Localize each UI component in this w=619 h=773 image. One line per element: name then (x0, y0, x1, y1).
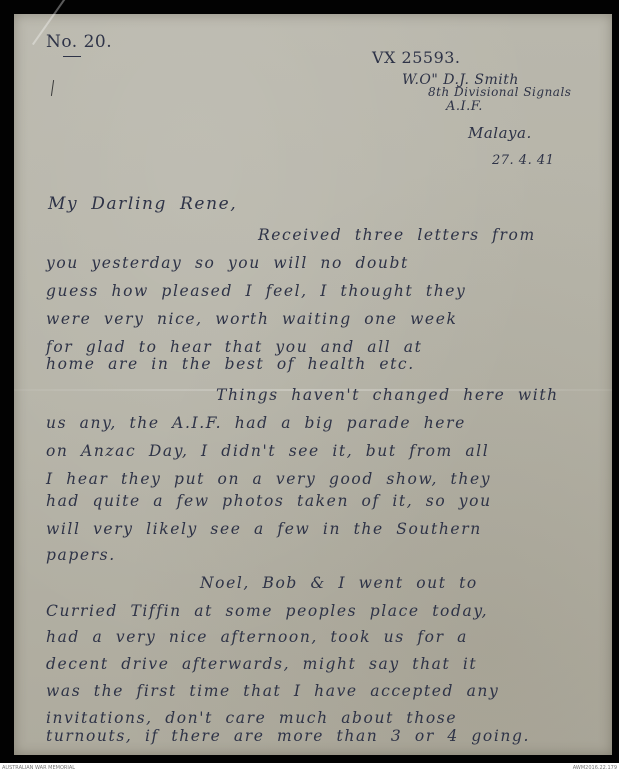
letter-line: on Anzac Day, I didn't see it, but from … (46, 442, 489, 460)
letter-line: Noel, Bob & I went out to (200, 574, 478, 592)
letter-line: Received three letters from (258, 226, 536, 244)
letter-line: were very nice, worth waiting one week (46, 310, 457, 328)
letter-date: 27. 4. 41 (492, 153, 554, 168)
letter-line: was the first time that I have accepted … (46, 682, 499, 700)
letter-line: for glad to hear that you and all at (46, 338, 422, 356)
letter-line: turnouts, if there are more than 3 or 4 … (46, 727, 530, 745)
archive-footer: AUSTRALIAN WAR MEMORIAL AWM2016.22.179 (0, 763, 619, 773)
sender-force: A.I.F. (446, 99, 483, 114)
letter-line: you yesterday so you will no doubt (46, 254, 409, 272)
sender-unit: 8th Divisional Signals (428, 85, 571, 99)
letter-number-underline (63, 56, 81, 57)
letter-line: had quite a few photos taken of it, so y… (46, 492, 492, 510)
letter-line: Curried Tiffin at some peoples place tod… (46, 602, 488, 620)
letter-line: papers. (46, 546, 116, 564)
letter-number: No. 20. (46, 32, 112, 52)
archive-reference: AWM2016.22.179 (573, 765, 617, 771)
letter-line: us any, the A.I.F. had a big parade here (46, 414, 466, 432)
letter-line: home are in the best of health etc. (46, 355, 415, 373)
letter-line: decent drive afterwards, might say that … (46, 655, 477, 673)
service-number: VX 25593. (372, 48, 461, 67)
archive-name: AUSTRALIAN WAR MEMORIAL (2, 765, 75, 771)
letter-line: guess how pleased I feel, I thought they (46, 282, 466, 300)
letter-line: had a very nice afternoon, took us for a (46, 628, 468, 646)
salutation: My Darling Rene, (48, 194, 237, 214)
letter-line: invitations, don't care much about those (46, 709, 457, 727)
letter-line: Things haven't changed here with (216, 386, 559, 404)
sender-location: Malaya. (468, 124, 532, 142)
letter-line: I hear they put on a very good show, the… (46, 470, 491, 488)
letter-line: will very likely see a few in the Southe… (46, 520, 482, 538)
